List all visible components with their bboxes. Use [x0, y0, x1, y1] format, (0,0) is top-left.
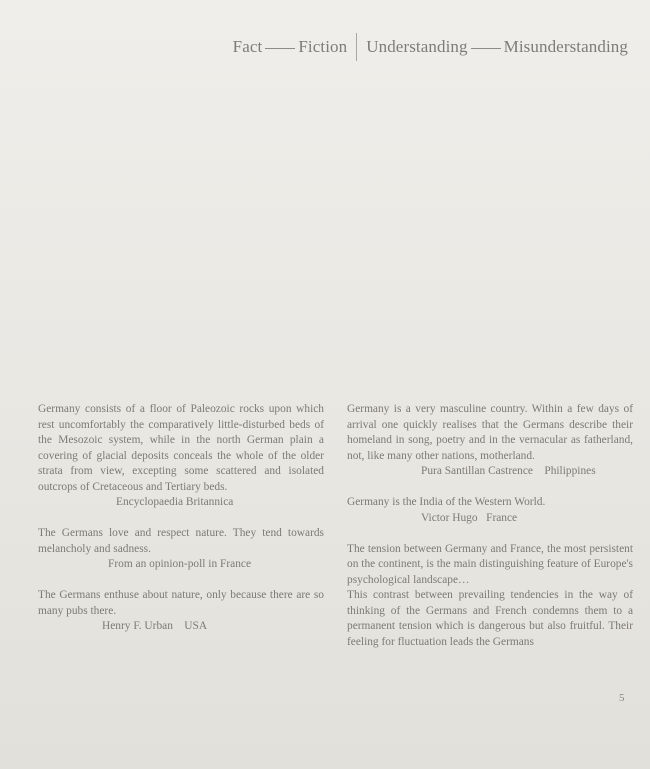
vertical-separator — [356, 33, 357, 61]
quote-text: Germany consists of a floor of Paleozoic… — [38, 402, 324, 495]
header-fiction: Fiction — [298, 37, 347, 57]
quote-attribution: Victor Hugo France — [347, 511, 633, 527]
quote-text: Germany is a very masculine country. Wit… — [347, 402, 633, 464]
quote-text: The Germans enthuse about nature, only b… — [38, 588, 324, 619]
header-fact: Fact — [233, 37, 263, 57]
header-understanding: Understanding — [366, 37, 467, 57]
page-number: 5 — [619, 692, 625, 704]
header-misunderstanding: Misunderstanding — [504, 37, 628, 57]
quote-attribution: Pura Santillan Castrence Philippines — [347, 464, 633, 480]
quote-attribution: Encyclopaedia Britannica — [38, 495, 324, 511]
quote-text: Germany is the India of the Western Worl… — [347, 495, 633, 511]
em-dash-divider — [265, 48, 295, 49]
quote-text-continued: This contrast between prevailing tendenc… — [347, 588, 633, 650]
quote-attribution: From an opinion-poll in France — [38, 557, 324, 573]
em-dash-divider — [471, 48, 501, 49]
quote-text: The Germans love and respect nature. The… — [38, 526, 324, 557]
left-column: Germany consists of a floor of Paleozoic… — [38, 402, 324, 635]
quote-text: The tension between Germany and France, … — [347, 542, 633, 589]
right-column: Germany is a very masculine country. Wit… — [347, 402, 633, 650]
page-header: Fact Fiction Understanding Misunderstand… — [233, 33, 628, 61]
quote-attribution: Henry F. Urban USA — [38, 619, 324, 635]
